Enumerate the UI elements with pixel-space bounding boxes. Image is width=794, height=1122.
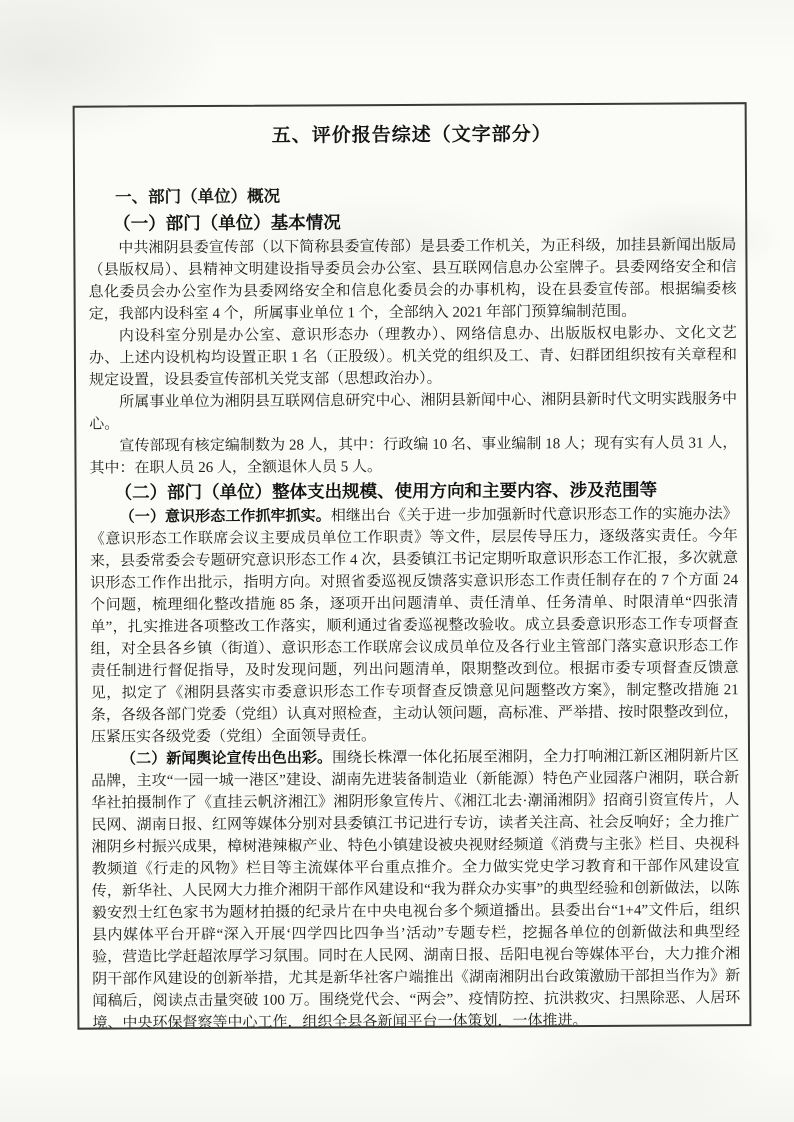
basic-info-paragraph-3: 所属事业单位为湘阴县互联网信息研究中心、湘阴县新闻中心、湘阴县新时代文明实践服务… [89,388,737,435]
report-border-box: 五、评价报告综述（文字部分） 一、部门（单位）概况 （一）部门（单位）基本情况 … [73,102,752,1030]
basic-info-paragraph-1: 中共湘阴县委宣传部（以下简称县委宣传部）是县委工作机关，为正科级，加挂县新闻出版… [88,234,736,325]
basic-info-paragraph-2: 内设科室分别是办公室、意识形态办（理教办）、网络信息办、出版版权电影办、文化文艺… [89,322,737,391]
subsection-heading-basic-info: （一）部门（单位）基本情况 [88,207,736,237]
expenditure-item-2-lead: （二）新闻舆论宣传出色出彩。 [121,750,332,767]
expenditure-item-1: （一）意识形态工作抓牢抓实。相继出台《关于进一步加强新时代意识形态工作的实施办法… [90,503,739,748]
expenditure-item-2: （二）新闻舆论宣传出色出彩。围绕长株潭一体化拓展至湘阴，全力打响湘江新区湘阴新片… [91,745,740,1029]
section-heading-department-overview: 一、部门（单位）概况 [88,182,736,210]
scanned-document-page: 五、评价报告综述（文字部分） 一、部门（单位）概况 （一）部门（单位）基本情况 … [0,0,794,1122]
subsection-heading-expenditure-scope: （二）部门（单位）整体支出规模、使用方向和主要内容、涉及范围等 [90,476,738,506]
scan-skew-wrapper: 五、评价报告综述（文字部分） 一、部门（单位）概况 （一）部门（单位）基本情况 … [0,0,794,1122]
expenditure-item-1-lead: （一）意识形态工作抓牢抓实。 [120,508,331,525]
basic-info-paragraph-4: 宣传部现有核定编制数为 28 人，其中：行政编 10 名、事业编制 18 人；现… [89,432,737,479]
expenditure-item-1-body: 相继出台《关于进一步加强新时代意识形态工作的实施办法》《意识形态工作联席会议主要… [90,506,739,745]
expenditure-item-2-body: 围绕长株潭一体化拓展至湘阴，全力打响湘江新区湘阴新片区品牌，主攻“一园一城一港区… [91,748,740,1029]
report-title: 五、评价报告综述（文字部分） [88,120,736,151]
